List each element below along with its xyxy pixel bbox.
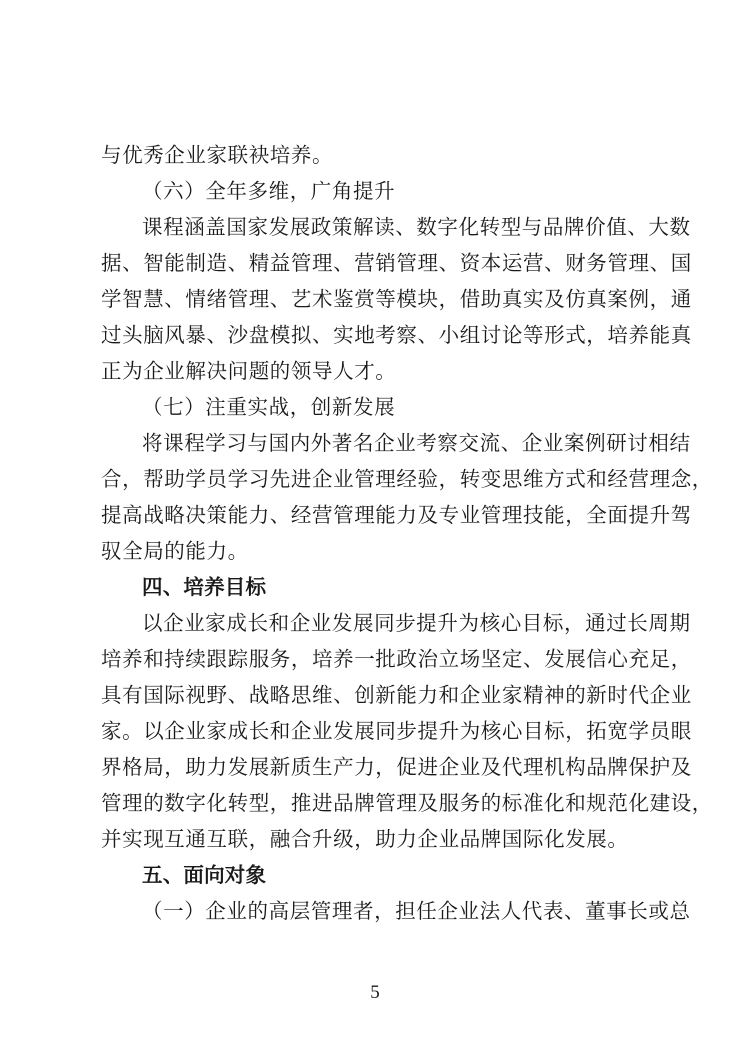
paragraph-line: 培养和持续跟踪服务，培养一批政治立场坚定、发展信心充足， — [101, 641, 656, 677]
document-page: 与优秀企业家联袂培养。 （六）全年多维，广角提升 课程涵盖国家发展政策解读、数字… — [101, 137, 656, 929]
paragraph-line: 家。以企业家成长和企业发展同步提升为核心目标，拓宽学员眼 — [101, 713, 656, 749]
paragraph-line: 界格局，助力发展新质生产力，促进企业及代理机构品牌保护及 — [101, 749, 656, 785]
page-number: 5 — [0, 982, 750, 1004]
continuation-line: 与优秀企业家联袂培养。 — [101, 137, 656, 173]
paragraph-line: 具有国际视野、战略思维、创新能力和企业家精神的新时代企业 — [101, 677, 656, 713]
paragraph-line: 以企业家成长和企业发展同步提升为核心目标，通过长周期 — [101, 605, 656, 641]
subheading-seven: （七）注重实战，创新发展 — [101, 389, 656, 425]
paragraph-line: 学智慧、情绪管理、艺术鉴赏等模块，借助真实及仿真案例，通 — [101, 281, 656, 317]
paragraph-practice: 将课程学习与国内外著名企业考察交流、企业案例研讨相结 合，帮助学员学习先进企业管… — [101, 425, 656, 569]
paragraph-line: 驭全局的能力。 — [101, 533, 656, 569]
paragraph-course-coverage: 课程涵盖国家发展政策解读、数字化转型与品牌价值、大数 据、智能制造、精益管理、营… — [101, 209, 656, 389]
section-heading-training-goals: 四、培养目标 — [101, 569, 656, 605]
section-heading-target-audience: 五、面向对象 — [101, 857, 656, 893]
paragraph-line: 课程涵盖国家发展政策解读、数字化转型与品牌价值、大数 — [101, 209, 656, 245]
paragraph-line: 过头脑风暴、沙盘模拟、实地考察、小组讨论等形式，培养能真 — [101, 317, 656, 353]
paragraph-line: 提高战略决策能力、经营管理能力及专业管理技能，全面提升驾 — [101, 497, 656, 533]
paragraph-training-goals: 以企业家成长和企业发展同步提升为核心目标，通过长周期 培养和持续跟踪服务，培养一… — [101, 605, 656, 857]
paragraph-line: 并实现互通互联，融合升级，助力企业品牌国际化发展。 — [101, 821, 656, 857]
subheading-six: （六）全年多维，广角提升 — [101, 173, 656, 209]
paragraph-line: 据、智能制造、精益管理、营销管理、资本运营、财务管理、国 — [101, 245, 656, 281]
paragraph-line: 管理的数字化转型，推进品牌管理及服务的标准化和规范化建设， — [101, 785, 656, 821]
paragraph-line: 将课程学习与国内外著名企业考察交流、企业案例研讨相结 — [101, 425, 656, 461]
subheading-one: （一）企业的高层管理者，担任企业法人代表、董事长或总 — [101, 893, 656, 929]
paragraph-line: 合，帮助学员学习先进企业管理经验，转变思维方式和经营理念， — [101, 461, 656, 497]
paragraph-line: 正为企业解决问题的领导人才。 — [101, 353, 656, 389]
